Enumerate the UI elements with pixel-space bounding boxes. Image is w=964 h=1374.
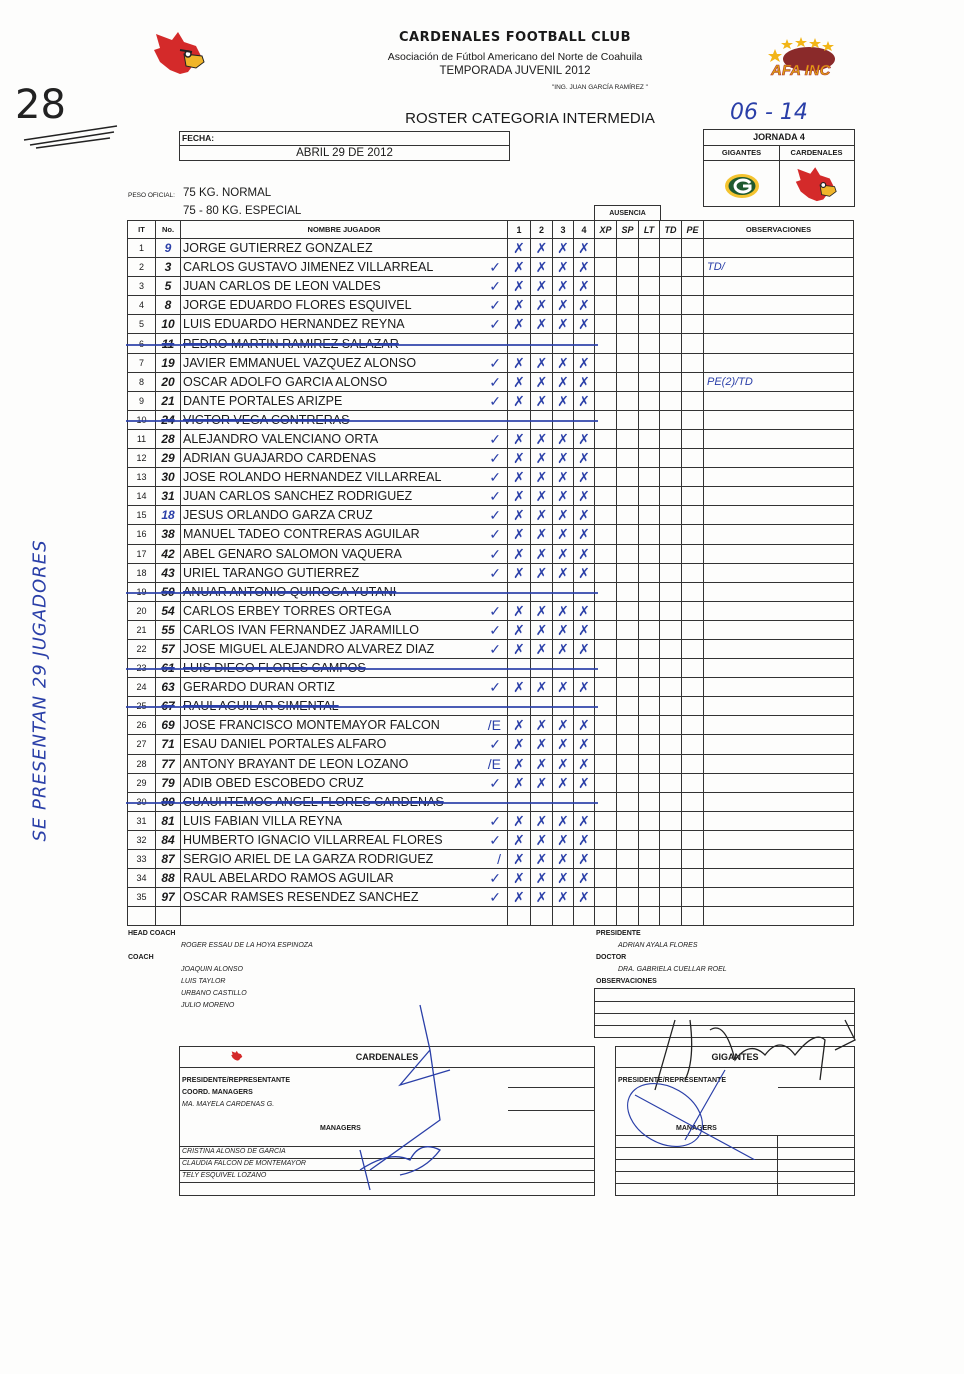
td-cell[interactable] <box>660 620 682 639</box>
observaciones-cell[interactable] <box>704 601 854 620</box>
pe-cell[interactable] <box>682 239 704 258</box>
sp-cell[interactable] <box>617 506 639 525</box>
quarter-2-cell[interactable]: ✗ <box>531 850 553 869</box>
quarter-4-cell[interactable]: ✗ <box>574 372 595 391</box>
quarter-3-cell[interactable]: ✗ <box>553 277 574 296</box>
quarter-3-cell[interactable]: ✗ <box>553 353 574 372</box>
observaciones-cell[interactable] <box>704 334 854 353</box>
observaciones-cell[interactable] <box>704 754 854 773</box>
quarter-3-cell[interactable]: ✗ <box>553 315 574 334</box>
sp-cell[interactable] <box>617 888 639 907</box>
quarter-2-cell[interactable]: ✗ <box>531 487 553 506</box>
quarter-1-cell[interactable]: ✗ <box>508 258 531 277</box>
lt-cell[interactable] <box>639 239 660 258</box>
quarter-2-cell[interactable]: ✗ <box>531 315 553 334</box>
quarter-3-cell[interactable]: ✗ <box>553 429 574 448</box>
quarter-3-cell[interactable]: ✗ <box>553 601 574 620</box>
quarter-3-cell[interactable]: ✗ <box>553 811 574 830</box>
xp-cell[interactable] <box>595 716 617 735</box>
pe-cell[interactable] <box>682 697 704 716</box>
pe-cell[interactable] <box>682 334 704 353</box>
td-cell[interactable] <box>660 869 682 888</box>
lt-cell[interactable] <box>639 544 660 563</box>
td-cell[interactable] <box>660 716 682 735</box>
xp-cell[interactable] <box>595 563 617 582</box>
pe-cell[interactable] <box>682 372 704 391</box>
observaciones-cell[interactable] <box>704 429 854 448</box>
observaciones-cell[interactable] <box>704 239 854 258</box>
lt-cell[interactable] <box>639 639 660 658</box>
xp-cell[interactable] <box>595 620 617 639</box>
observaciones-cell[interactable] <box>704 277 854 296</box>
quarter-1-cell[interactable]: ✗ <box>508 429 531 448</box>
quarter-2-cell[interactable]: ✗ <box>531 353 553 372</box>
quarter-3-cell[interactable]: ✗ <box>553 391 574 410</box>
quarter-4-cell[interactable]: ✗ <box>574 506 595 525</box>
quarter-4-cell[interactable]: ✗ <box>574 239 595 258</box>
sp-cell[interactable] <box>617 334 639 353</box>
quarter-3-cell[interactable]: ✗ <box>553 525 574 544</box>
pe-cell[interactable] <box>682 659 704 678</box>
lt-cell[interactable] <box>639 525 660 544</box>
xp-cell[interactable] <box>595 449 617 468</box>
td-cell[interactable] <box>660 468 682 487</box>
pe-cell[interactable] <box>682 754 704 773</box>
xp-cell[interactable] <box>595 850 617 869</box>
quarter-1-cell[interactable]: ✗ <box>508 315 531 334</box>
quarter-3-cell[interactable]: ✗ <box>553 735 574 754</box>
xp-cell[interactable] <box>595 869 617 888</box>
sp-cell[interactable] <box>617 258 639 277</box>
quarter-1-cell[interactable]: ✗ <box>508 716 531 735</box>
lt-cell[interactable] <box>639 716 660 735</box>
td-cell[interactable] <box>660 353 682 372</box>
td-cell[interactable] <box>660 811 682 830</box>
xp-cell[interactable] <box>595 277 617 296</box>
quarter-1-cell[interactable]: ✗ <box>508 620 531 639</box>
sp-cell[interactable] <box>617 429 639 448</box>
lt-cell[interactable] <box>639 888 660 907</box>
quarter-3-cell[interactable]: ✗ <box>553 487 574 506</box>
quarter-3-cell[interactable]: ✗ <box>553 678 574 697</box>
quarter-1-cell[interactable]: ✗ <box>508 773 531 792</box>
pe-cell[interactable] <box>682 487 704 506</box>
quarter-3-cell[interactable]: ✗ <box>553 773 574 792</box>
td-cell[interactable] <box>660 372 682 391</box>
quarter-1-cell[interactable]: ✗ <box>508 601 531 620</box>
sp-cell[interactable] <box>617 601 639 620</box>
td-cell[interactable] <box>660 678 682 697</box>
lt-cell[interactable] <box>639 754 660 773</box>
pe-cell[interactable] <box>682 869 704 888</box>
quarter-3-cell[interactable]: ✗ <box>553 372 574 391</box>
xp-cell[interactable] <box>595 754 617 773</box>
pe-cell[interactable] <box>682 850 704 869</box>
observaciones-cell[interactable] <box>704 468 854 487</box>
lt-cell[interactable] <box>639 315 660 334</box>
quarter-4-cell[interactable]: ✗ <box>574 449 595 468</box>
td-cell[interactable] <box>660 239 682 258</box>
xp-cell[interactable] <box>595 506 617 525</box>
quarter-4-cell[interactable]: ✗ <box>574 639 595 658</box>
quarter-2-cell[interactable]: ✗ <box>531 869 553 888</box>
quarter-3-cell[interactable]: ✗ <box>553 544 574 563</box>
quarter-3-cell[interactable]: ✗ <box>553 563 574 582</box>
lt-cell[interactable] <box>639 258 660 277</box>
quarter-4-cell[interactable]: ✗ <box>574 258 595 277</box>
quarter-1-cell[interactable]: ✗ <box>508 468 531 487</box>
td-cell[interactable] <box>660 773 682 792</box>
pe-cell[interactable] <box>682 716 704 735</box>
td-cell[interactable] <box>660 582 682 601</box>
pe-cell[interactable] <box>682 258 704 277</box>
quarter-3-cell[interactable]: ✗ <box>553 296 574 315</box>
quarter-1-cell[interactable]: ✗ <box>508 277 531 296</box>
quarter-2-cell[interactable]: ✗ <box>531 888 553 907</box>
quarter-1-cell[interactable]: ✗ <box>508 888 531 907</box>
td-cell[interactable] <box>660 544 682 563</box>
lt-cell[interactable] <box>639 429 660 448</box>
quarter-4-cell[interactable]: ✗ <box>574 525 595 544</box>
quarter-3-cell[interactable]: ✗ <box>553 258 574 277</box>
observaciones-cell[interactable] <box>704 869 854 888</box>
quarter-1-cell[interactable]: ✗ <box>508 678 531 697</box>
pe-cell[interactable] <box>682 429 704 448</box>
td-cell[interactable] <box>660 315 682 334</box>
sp-cell[interactable] <box>617 277 639 296</box>
td-cell[interactable] <box>660 258 682 277</box>
pe-cell[interactable] <box>682 678 704 697</box>
quarter-2-cell[interactable]: ✗ <box>531 601 553 620</box>
sp-cell[interactable] <box>617 735 639 754</box>
quarter-4-cell[interactable]: ✗ <box>574 353 595 372</box>
quarter-2-cell[interactable]: ✗ <box>531 429 553 448</box>
quarter-1-cell[interactable]: ✗ <box>508 372 531 391</box>
quarter-2-cell[interactable]: ✗ <box>531 639 553 658</box>
xp-cell[interactable] <box>595 315 617 334</box>
quarter-4-cell[interactable]: ✗ <box>574 773 595 792</box>
td-cell[interactable] <box>660 735 682 754</box>
xp-cell[interactable] <box>595 296 617 315</box>
sp-cell[interactable] <box>617 353 639 372</box>
td-cell[interactable] <box>660 277 682 296</box>
pe-cell[interactable] <box>682 449 704 468</box>
observaciones-cell[interactable] <box>704 563 854 582</box>
quarter-3-cell[interactable]: ✗ <box>553 468 574 487</box>
quarter-1-cell[interactable]: ✗ <box>508 449 531 468</box>
lt-cell[interactable] <box>639 277 660 296</box>
quarter-2-cell[interactable]: ✗ <box>531 735 553 754</box>
lt-cell[interactable] <box>639 296 660 315</box>
observaciones-cell[interactable] <box>704 582 854 601</box>
quarter-2-cell[interactable]: ✗ <box>531 563 553 582</box>
observaciones-cell[interactable] <box>704 391 854 410</box>
quarter-4-cell[interactable]: ✗ <box>574 850 595 869</box>
xp-cell[interactable] <box>595 811 617 830</box>
quarter-1-cell[interactable]: ✗ <box>508 296 531 315</box>
quarter-2-cell[interactable]: ✗ <box>531 830 553 849</box>
quarter-2-cell[interactable]: ✗ <box>531 277 553 296</box>
quarter-4-cell[interactable]: ✗ <box>574 601 595 620</box>
sp-cell[interactable] <box>617 391 639 410</box>
sp-cell[interactable] <box>617 639 639 658</box>
xp-cell[interactable] <box>595 468 617 487</box>
sp-cell[interactable] <box>617 410 639 429</box>
quarter-2-cell[interactable]: ✗ <box>531 754 553 773</box>
lt-cell[interactable] <box>639 659 660 678</box>
lt-cell[interactable] <box>639 563 660 582</box>
sp-cell[interactable] <box>617 773 639 792</box>
quarter-4-cell[interactable]: ✗ <box>574 716 595 735</box>
observaciones-cell[interactable] <box>704 544 854 563</box>
sp-cell[interactable] <box>617 315 639 334</box>
xp-cell[interactable] <box>595 678 617 697</box>
observaciones-cell[interactable] <box>704 449 854 468</box>
sp-cell[interactable] <box>617 659 639 678</box>
quarter-4-cell[interactable]: ✗ <box>574 620 595 639</box>
quarter-1-cell[interactable]: ✗ <box>508 811 531 830</box>
xp-cell[interactable] <box>595 372 617 391</box>
xp-cell[interactable] <box>595 525 617 544</box>
pe-cell[interactable] <box>682 468 704 487</box>
sp-cell[interactable] <box>617 830 639 849</box>
observaciones-cell[interactable] <box>704 850 854 869</box>
lt-cell[interactable] <box>639 410 660 429</box>
sp-cell[interactable] <box>617 487 639 506</box>
lt-cell[interactable] <box>639 678 660 697</box>
quarter-3-cell[interactable]: ✗ <box>553 869 574 888</box>
quarter-4-cell[interactable]: ✗ <box>574 830 595 849</box>
pe-cell[interactable] <box>682 391 704 410</box>
observaciones-cell[interactable] <box>704 525 854 544</box>
observaciones-cell[interactable] <box>704 506 854 525</box>
quarter-2-cell[interactable]: ✗ <box>531 391 553 410</box>
lt-cell[interactable] <box>639 792 660 811</box>
quarter-1-cell[interactable]: ✗ <box>508 525 531 544</box>
pe-cell[interactable] <box>682 296 704 315</box>
quarter-1-cell[interactable]: ✗ <box>508 239 531 258</box>
quarter-4-cell[interactable]: ✗ <box>574 563 595 582</box>
quarter-2-cell[interactable]: ✗ <box>531 716 553 735</box>
td-cell[interactable] <box>660 792 682 811</box>
sp-cell[interactable] <box>617 620 639 639</box>
td-cell[interactable] <box>660 563 682 582</box>
td-cell[interactable] <box>660 601 682 620</box>
td-cell[interactable] <box>660 429 682 448</box>
xp-cell[interactable] <box>595 830 617 849</box>
xp-cell[interactable] <box>595 639 617 658</box>
pe-cell[interactable] <box>682 601 704 620</box>
sp-cell[interactable] <box>617 850 639 869</box>
observaciones-cell[interactable] <box>704 296 854 315</box>
quarter-1-cell[interactable]: ✗ <box>508 754 531 773</box>
quarter-4-cell[interactable]: ✗ <box>574 735 595 754</box>
sp-cell[interactable] <box>617 449 639 468</box>
quarter-3-cell[interactable]: ✗ <box>553 850 574 869</box>
quarter-2-cell[interactable]: ✗ <box>531 678 553 697</box>
observaciones-cell[interactable] <box>704 830 854 849</box>
lt-cell[interactable] <box>639 830 660 849</box>
observaciones-cell[interactable]: TD/ <box>704 258 854 277</box>
sp-cell[interactable] <box>617 296 639 315</box>
quarter-1-cell[interactable]: ✗ <box>508 487 531 506</box>
pe-cell[interactable] <box>682 888 704 907</box>
td-cell[interactable] <box>660 754 682 773</box>
lt-cell[interactable] <box>639 601 660 620</box>
td-cell[interactable] <box>660 334 682 353</box>
xp-cell[interactable] <box>595 601 617 620</box>
td-cell[interactable] <box>660 506 682 525</box>
quarter-1-cell[interactable]: ✗ <box>508 353 531 372</box>
xp-cell[interactable] <box>595 773 617 792</box>
quarter-1-cell[interactable]: ✗ <box>508 391 531 410</box>
xp-cell[interactable] <box>595 888 617 907</box>
quarter-1-cell[interactable]: ✗ <box>508 869 531 888</box>
quarter-4-cell[interactable]: ✗ <box>574 296 595 315</box>
lt-cell[interactable] <box>639 582 660 601</box>
observaciones-cell[interactable] <box>704 716 854 735</box>
quarter-4-cell[interactable]: ✗ <box>574 869 595 888</box>
td-cell[interactable] <box>660 850 682 869</box>
pe-cell[interactable] <box>682 792 704 811</box>
xp-cell[interactable] <box>595 429 617 448</box>
td-cell[interactable] <box>660 391 682 410</box>
quarter-2-cell[interactable]: ✗ <box>531 296 553 315</box>
observaciones-cell[interactable] <box>704 620 854 639</box>
pe-cell[interactable] <box>682 544 704 563</box>
quarter-4-cell[interactable]: ✗ <box>574 277 595 296</box>
quarter-2-cell[interactable]: ✗ <box>531 258 553 277</box>
sp-cell[interactable] <box>617 716 639 735</box>
sp-cell[interactable] <box>617 582 639 601</box>
pe-cell[interactable] <box>682 506 704 525</box>
sp-cell[interactable] <box>617 869 639 888</box>
lt-cell[interactable] <box>639 620 660 639</box>
sp-cell[interactable] <box>617 372 639 391</box>
quarter-4-cell[interactable]: ✗ <box>574 678 595 697</box>
pe-cell[interactable] <box>682 525 704 544</box>
quarter-2-cell[interactable]: ✗ <box>531 239 553 258</box>
sp-cell[interactable] <box>617 544 639 563</box>
xp-cell[interactable] <box>595 239 617 258</box>
quarter-1-cell[interactable]: ✗ <box>508 850 531 869</box>
observaciones-cell[interactable] <box>704 410 854 429</box>
sp-cell[interactable] <box>617 678 639 697</box>
quarter-2-cell[interactable]: ✗ <box>531 620 553 639</box>
observaciones-cell[interactable] <box>704 659 854 678</box>
quarter-1-cell[interactable]: ✗ <box>508 506 531 525</box>
quarter-3-cell[interactable]: ✗ <box>553 888 574 907</box>
td-cell[interactable] <box>660 296 682 315</box>
lt-cell[interactable] <box>639 449 660 468</box>
quarter-1-cell[interactable]: ✗ <box>508 563 531 582</box>
quarter-3-cell[interactable]: ✗ <box>553 506 574 525</box>
quarter-1-cell[interactable]: ✗ <box>508 830 531 849</box>
observaciones-cell[interactable]: PE(2)/TD <box>704 372 854 391</box>
observaciones-cell[interactable] <box>704 315 854 334</box>
td-cell[interactable] <box>660 525 682 544</box>
observaciones-cell[interactable] <box>704 888 854 907</box>
sp-cell[interactable] <box>617 811 639 830</box>
td-cell[interactable] <box>660 888 682 907</box>
quarter-4-cell[interactable]: ✗ <box>574 811 595 830</box>
quarter-2-cell[interactable]: ✗ <box>531 525 553 544</box>
xp-cell[interactable] <box>595 258 617 277</box>
observaciones-cell[interactable] <box>704 697 854 716</box>
td-cell[interactable] <box>660 830 682 849</box>
sp-cell[interactable] <box>617 525 639 544</box>
pe-cell[interactable] <box>682 639 704 658</box>
pe-cell[interactable] <box>682 582 704 601</box>
pe-cell[interactable] <box>682 563 704 582</box>
quarter-3-cell[interactable]: ✗ <box>553 620 574 639</box>
observaciones-cell[interactable] <box>704 773 854 792</box>
td-cell[interactable] <box>660 487 682 506</box>
observaciones-cell[interactable] <box>704 353 854 372</box>
xp-cell[interactable] <box>595 487 617 506</box>
observaciones-cell[interactable] <box>704 811 854 830</box>
quarter-4-cell[interactable]: ✗ <box>574 391 595 410</box>
lt-cell[interactable] <box>639 735 660 754</box>
lt-cell[interactable] <box>639 468 660 487</box>
sp-cell[interactable] <box>617 468 639 487</box>
lt-cell[interactable] <box>639 391 660 410</box>
observaciones-cell[interactable] <box>704 792 854 811</box>
pe-cell[interactable] <box>682 353 704 372</box>
pe-cell[interactable] <box>682 620 704 639</box>
td-cell[interactable] <box>660 659 682 678</box>
observaciones-cell[interactable] <box>704 487 854 506</box>
quarter-2-cell[interactable]: ✗ <box>531 773 553 792</box>
pe-cell[interactable] <box>682 277 704 296</box>
quarter-3-cell[interactable]: ✗ <box>553 239 574 258</box>
pe-cell[interactable] <box>682 830 704 849</box>
quarter-3-cell[interactable]: ✗ <box>553 754 574 773</box>
quarter-4-cell[interactable]: ✗ <box>574 754 595 773</box>
quarter-3-cell[interactable]: ✗ <box>553 716 574 735</box>
xp-cell[interactable] <box>595 735 617 754</box>
sp-cell[interactable] <box>617 563 639 582</box>
quarter-4-cell[interactable]: ✗ <box>574 315 595 334</box>
quarter-2-cell[interactable]: ✗ <box>531 544 553 563</box>
td-cell[interactable] <box>660 639 682 658</box>
lt-cell[interactable] <box>639 850 660 869</box>
pe-cell[interactable] <box>682 811 704 830</box>
quarter-2-cell[interactable]: ✗ <box>531 811 553 830</box>
td-cell[interactable] <box>660 410 682 429</box>
lt-cell[interactable] <box>639 334 660 353</box>
td-cell[interactable] <box>660 449 682 468</box>
sp-cell[interactable] <box>617 239 639 258</box>
observaciones-cell[interactable] <box>704 639 854 658</box>
quarter-4-cell[interactable]: ✗ <box>574 487 595 506</box>
observaciones-cell[interactable] <box>704 735 854 754</box>
quarter-4-cell[interactable]: ✗ <box>574 888 595 907</box>
quarter-1-cell[interactable]: ✗ <box>508 544 531 563</box>
sp-cell[interactable] <box>617 697 639 716</box>
quarter-4-cell[interactable]: ✗ <box>574 544 595 563</box>
quarter-1-cell[interactable]: ✗ <box>508 735 531 754</box>
lt-cell[interactable] <box>639 372 660 391</box>
sp-cell[interactable] <box>617 754 639 773</box>
xp-cell[interactable] <box>595 391 617 410</box>
quarter-3-cell[interactable]: ✗ <box>553 449 574 468</box>
lt-cell[interactable] <box>639 773 660 792</box>
quarter-2-cell[interactable]: ✗ <box>531 372 553 391</box>
quarter-3-cell[interactable]: ✗ <box>553 639 574 658</box>
lt-cell[interactable] <box>639 506 660 525</box>
xp-cell[interactable] <box>595 353 617 372</box>
